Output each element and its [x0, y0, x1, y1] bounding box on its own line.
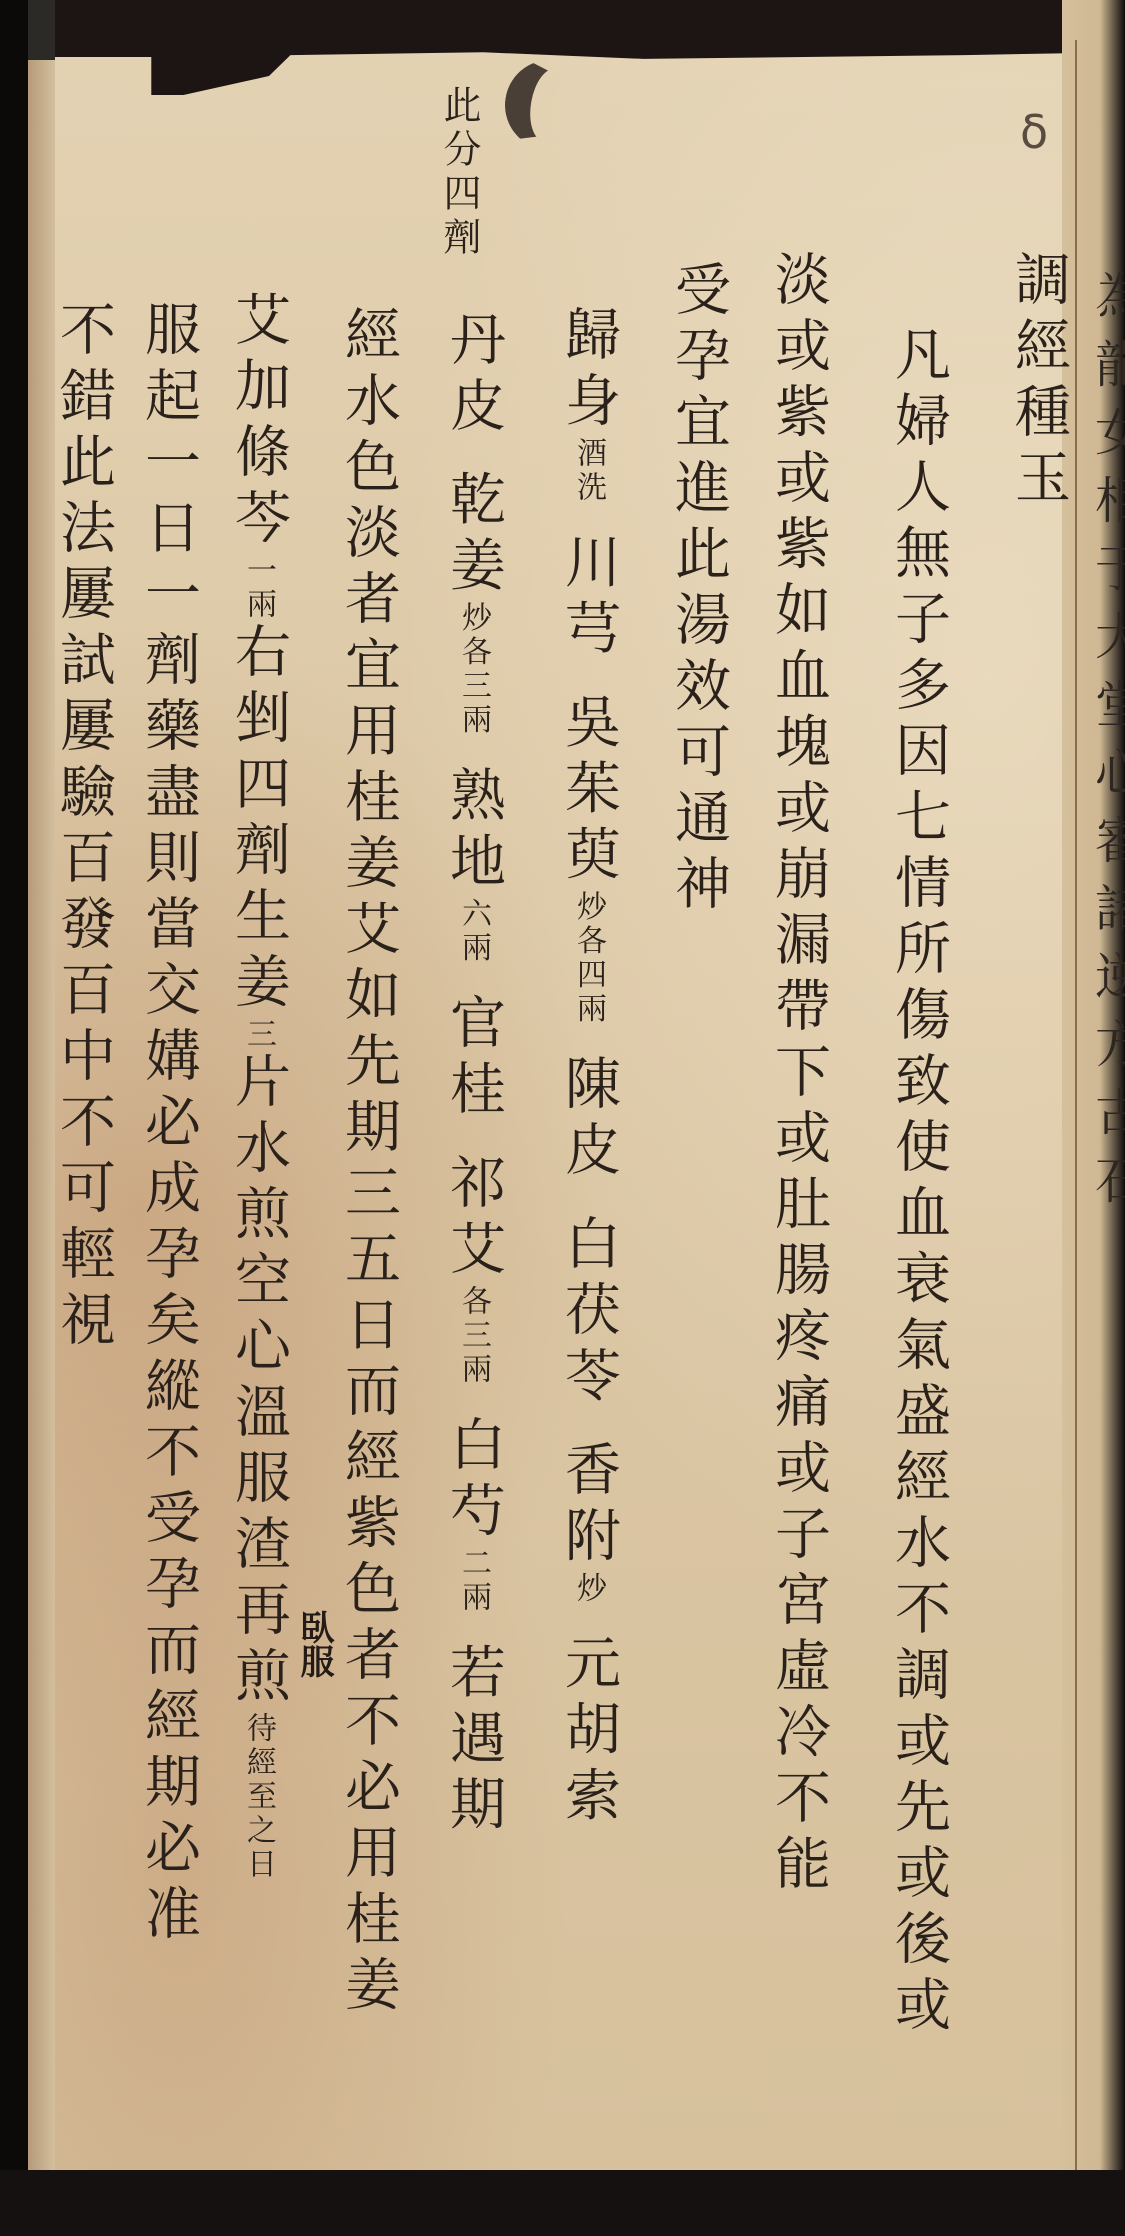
ingredient-text: 元胡索 — [556, 1606, 621, 1832]
text-column-2: 淡或紫或紫如血塊或崩漏帶下或肚腸疼痛或子宮虛冷不能 — [770, 250, 826, 1900]
section-title: 調經種玉 — [1010, 250, 1066, 514]
ingredient-text: 熟地 — [441, 738, 506, 898]
instruction-text: 片水煎空心溫服渣再煎 — [226, 1052, 291, 1712]
ingredient-note: 各四兩 — [571, 925, 606, 1027]
scan-background-bottom — [0, 2170, 1125, 2236]
instruction-note: 三 — [241, 1018, 276, 1052]
ingredient-text: 歸身 — [556, 305, 621, 437]
text-column-5-ingredients: 丹皮 乾姜炒各三兩 熟地六兩 官桂 祁艾各三兩 白芍二兩 若遇期 — [445, 310, 501, 1841]
ingredient-note: 炒 — [571, 1572, 606, 1606]
instruction-text: 右剉四劑生姜 — [226, 622, 291, 1018]
ingredient-text: 川芎 — [556, 505, 621, 693]
text-column-9: 不錯此法屢試屢驗百發百中不可輕視 — [55, 300, 111, 1356]
ingredient-note: 六兩 — [456, 898, 491, 966]
ingredient-text: 白芍 — [441, 1387, 506, 1547]
ingredient-note: 二兩 — [456, 1547, 491, 1615]
instruction-note: 一兩 — [241, 554, 276, 622]
ingredient-note: 炒 — [571, 891, 606, 925]
ingredient-note: 炒 — [456, 602, 491, 636]
instruction-text: 艾加條芩 — [226, 290, 291, 554]
ingredient-text: 陳皮 — [556, 1027, 621, 1215]
page-number-mark: δ — [1020, 105, 1048, 159]
ingredient-note: 各三兩 — [456, 1285, 491, 1387]
ingredient-note: 酒洗 — [571, 437, 606, 505]
ingredient-note: 各三兩 — [456, 636, 491, 738]
ingredient-text: 香附 — [556, 1440, 621, 1572]
ingredient-text: 官桂 — [441, 966, 506, 1154]
page-fold-line — [1075, 40, 1077, 2170]
instruction-note: 待經至之日 — [241, 1712, 276, 1882]
text-column-3: 受孕宜進此湯效可通神 — [670, 260, 726, 920]
ingredient-text: 吳茱萸 — [556, 693, 621, 891]
text-column-8: 服起一日一劑藥盡則當交媾必成孕矣縱不受孕而經期必准 — [140, 300, 196, 1950]
text-column-1: 凡婦人無子多因七情所傷致使血衰氣盛經水不調或先或後或 — [890, 325, 946, 2041]
ingredient-text: 丹皮 乾姜 — [441, 310, 506, 602]
text-column-7: 艾加條芩一兩右剉四劑生姜三片水煎空心溫服渣再煎待經至之日 — [230, 290, 286, 1882]
text-column-4-ingredients: 歸身酒洗 川芎 吳茱萸炒各四兩 陳皮 白茯苓 香附炒 元胡索 — [560, 305, 616, 1832]
ingredient-text: 祁艾 — [441, 1153, 506, 1285]
ingredient-text: 若遇期 — [441, 1615, 506, 1841]
ingredient-text: 白茯苓 — [556, 1214, 621, 1440]
text-column-6: 經水色淡者宜用桂姜艾如先期三五日而經紫色者不必用桂姜 — [340, 305, 396, 2021]
margin-note: 此分四劑 — [440, 85, 478, 261]
next-page-text-fragment: 為龍女相于大堂心審諸逆方古石 — [1080, 270, 1125, 1222]
insert-annotation: 臥服 — [290, 1610, 339, 1678]
